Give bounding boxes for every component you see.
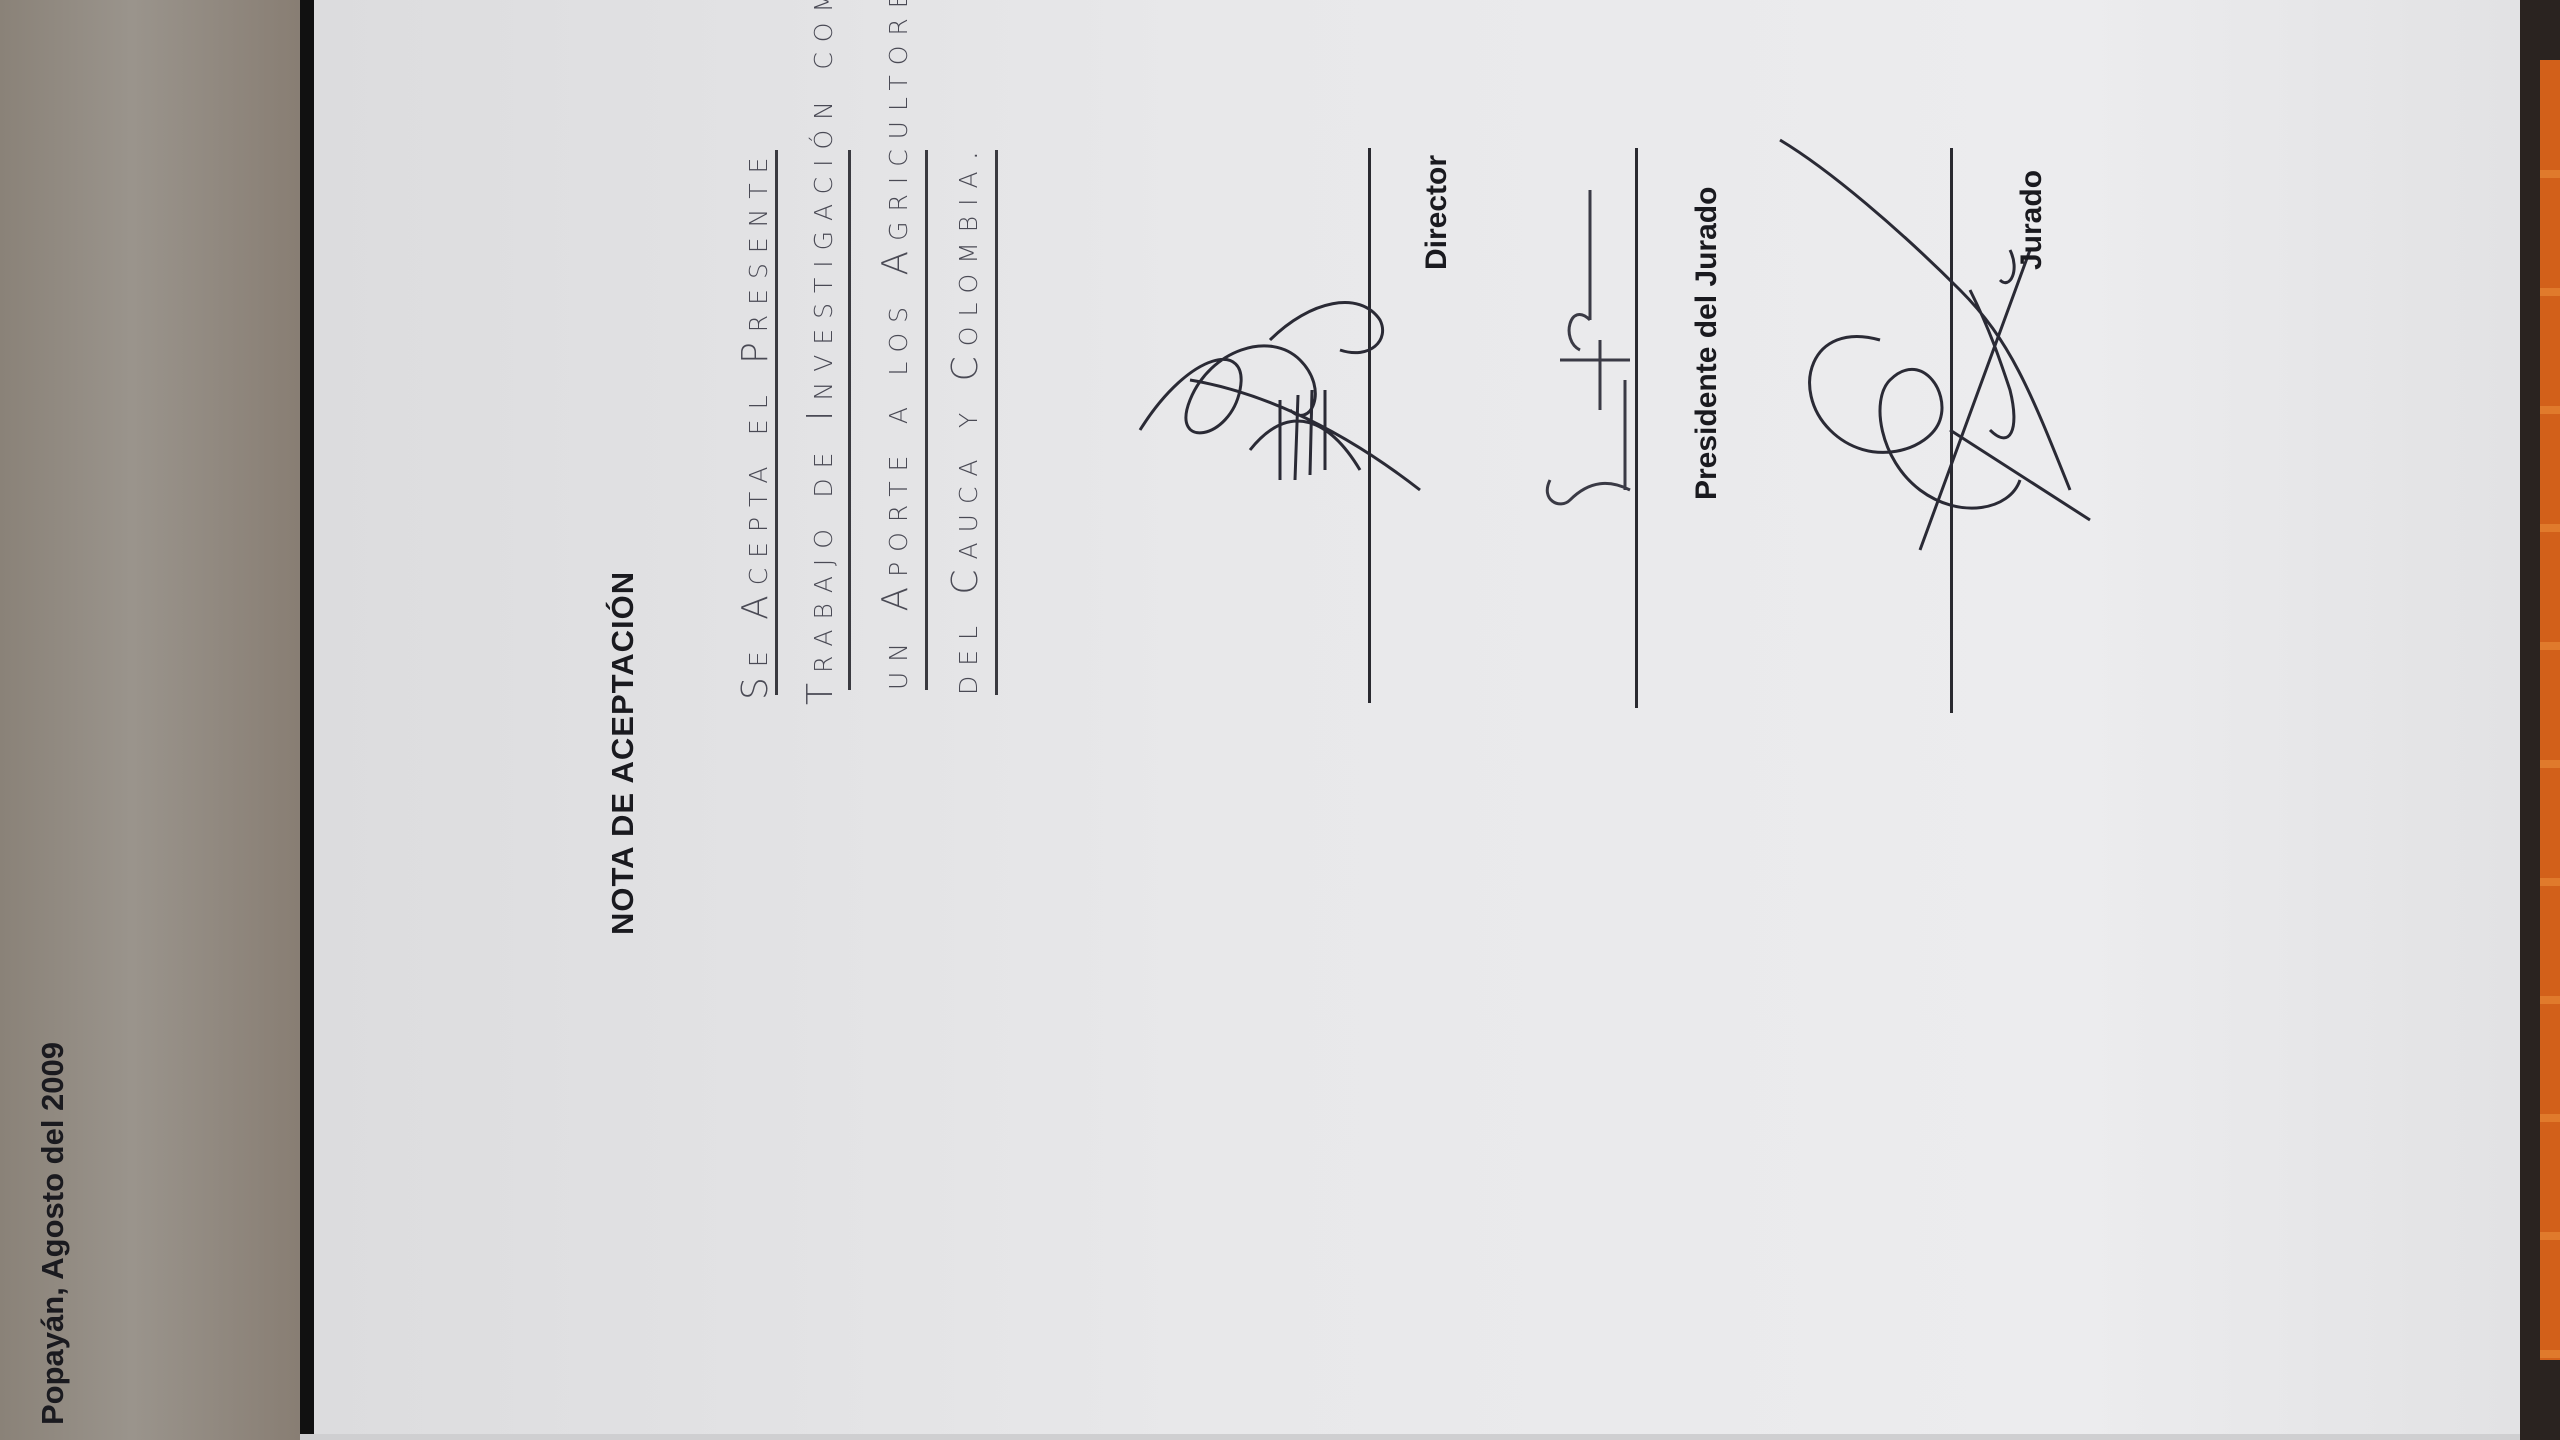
handwritten-line-3: un Aporte a los Agricultores [875,0,916,690]
handwritten-line-1: Se Acepta el Presente [735,148,776,700]
signature-jurado [1770,130,2100,550]
background-orange-strip [2540,60,2560,1360]
page-title: NOTA DE ACEPTACIÓN [605,571,641,935]
page-edge [300,1434,2520,1440]
signature-label-president: Presidente del Jurado [1690,187,1724,500]
place-date: Popayán, Agosto del 2009 [35,1042,71,1425]
signature-label-jurado: Jurado [2015,170,2049,270]
signature-label-director: Director [1420,155,1454,270]
handwritten-line-4: del Cauca y Colombia. [945,140,986,695]
writing-rule-2 [848,150,851,690]
signature-president [1530,180,1680,520]
writing-rule-4 [995,150,998,695]
signature-director [1130,280,1450,520]
writing-rule-1 [775,150,778,695]
writing-rule-3 [925,150,928,690]
handwritten-line-2: Trabajo de Investigación como [800,0,841,705]
